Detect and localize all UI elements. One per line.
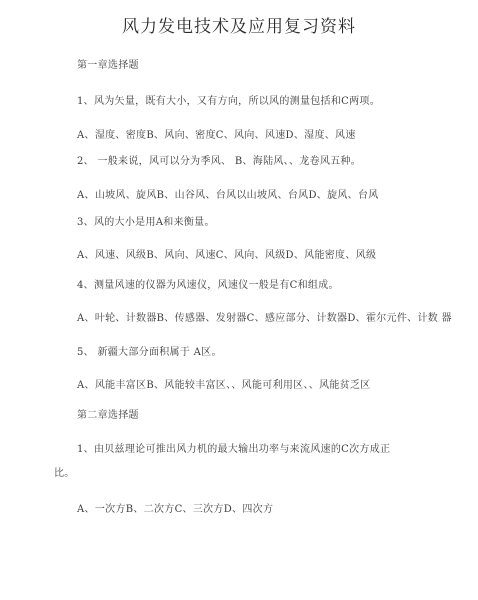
chapter-1-heading: 第一章选择题 [77,56,139,71]
chapter-2-question-1-stem: 1、由贝兹理论可推出风力机的最大输出功率与来流风速的C次方成正 [77,440,390,455]
question-2-stem: 2、 一般来说，风可以分为季风、 B、海陆风、、龙卷风五种。 [77,152,361,167]
question-2-options: A、山坡风、旋风B、山谷风、台风以山坡风、台风D、旋风、台风 [77,186,379,201]
chapter-2-question-1-options: A、一次方B、二次方C、三次方D、四次方 [77,500,273,515]
question-1-options: A、湿度、密度B、风向、密度C、风向、风速D、湿度、风速 [77,126,356,141]
chapter-2-question-1-stem-continued: 比。 [54,464,75,479]
question-4-options: A、叶轮、计数器B、传感器、发射器C、感应部分、计数器D、霍尔元件、计数 器 [77,309,452,324]
question-3-options: A、风速、风级B、风向、风速C、风向、风级D、风能密度、风级 [77,246,376,261]
question-5-options: A、风能丰富区B、风能较丰富区、、风能可利用区、、风能贫乏区 [77,376,371,391]
chapter-2-heading: 第二章选择题 [77,406,139,421]
page-title: 风力发电技术及应用复习资料 [0,12,478,37]
question-1-stem: 1、风为矢量，既有大小，又有方向，所以风的测量包括和C两项。 [77,92,380,107]
question-3-stem: 3、风的大小是用A和来衡量。 [77,213,215,228]
question-5-stem: 5、 新疆大部分面积属于 A区。 [77,343,222,358]
question-4-stem: 4、测量风速的仪器为风速仪，风速仪一般是有C和组成。 [77,276,339,291]
